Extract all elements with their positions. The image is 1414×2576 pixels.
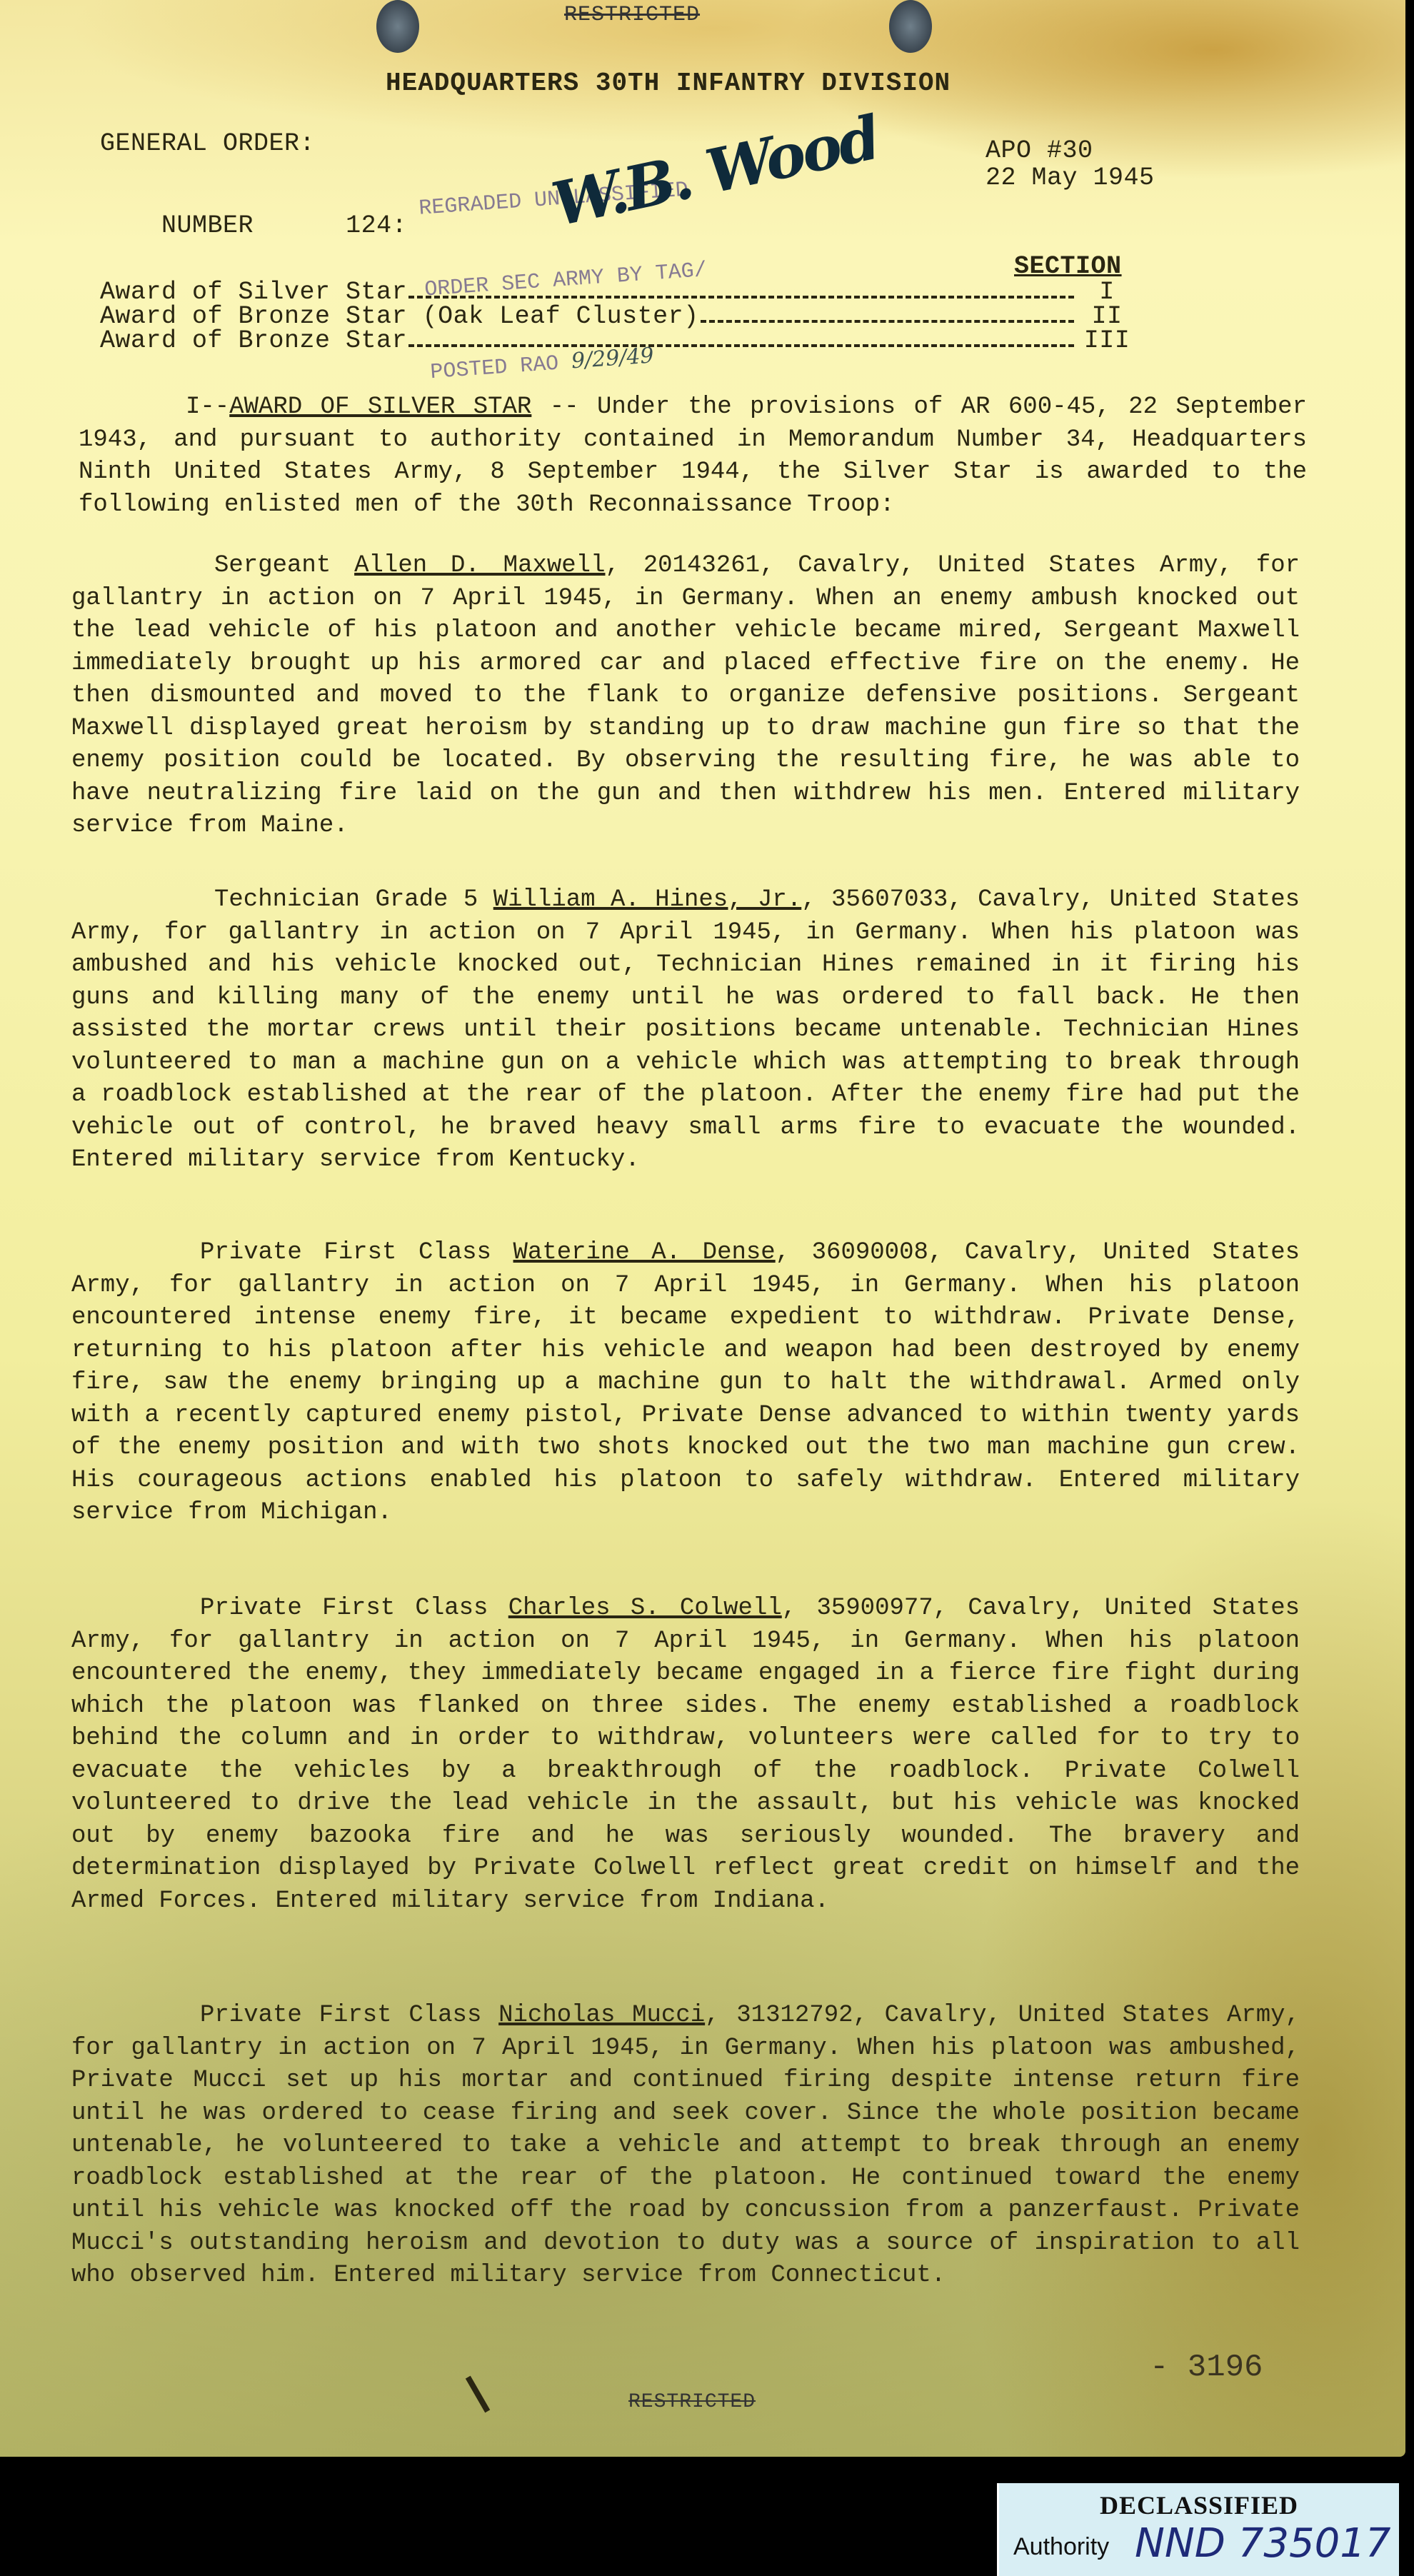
declassified-label: DECLASSIFIED Authority NND 735017 bbox=[997, 2483, 1399, 2576]
authority-code: NND 735017 bbox=[1135, 2520, 1390, 2567]
classification-top: RESTRICTED bbox=[564, 3, 700, 27]
awardee-name: Charles S. Colwell bbox=[508, 1595, 782, 1622]
order-number: NUMBER 124: bbox=[100, 181, 407, 271]
punch-hole-right bbox=[889, 0, 932, 53]
toc-row: Award of Bronze StarIII bbox=[100, 326, 1135, 356]
signature: W.B. Wood bbox=[546, 102, 884, 240]
citation: Sergeant Allen D. Maxwell, 20143261, Cav… bbox=[71, 550, 1300, 843]
authority-label: Authority bbox=[1013, 2533, 1109, 2561]
citation: Private First Class Nicholas Mucci, 3131… bbox=[71, 2000, 1300, 2292]
section-intro: I--AWARD OF SILVER STAR -- Under the pro… bbox=[79, 391, 1307, 521]
number-label: NUMBER bbox=[161, 211, 254, 240]
citation: Technician Grade 5 William A. Hines, Jr.… bbox=[71, 884, 1300, 1177]
citation: Private First Class Charles S. Colwell, … bbox=[71, 1593, 1300, 1918]
citation: Private First Class Waterine A. Dense, 3… bbox=[71, 1237, 1300, 1530]
document-page: RESTRICTED HEADQUARTERS 30TH INFANTRY DI… bbox=[0, 0, 1405, 2457]
general-order-label: GENERAL ORDER: bbox=[100, 129, 315, 159]
page-number: - 3196 bbox=[1150, 2350, 1263, 2385]
awardee-name: Allen D. Maxwell bbox=[354, 552, 605, 579]
order-date: 22 May 1945 bbox=[986, 163, 1155, 193]
declassified-title: DECLASSIFIED bbox=[999, 2490, 1399, 2520]
awardee-name: Waterine A. Dense bbox=[513, 1239, 776, 1266]
punch-hole-left bbox=[376, 0, 419, 53]
number-value: 124: bbox=[346, 211, 407, 240]
section-heading: AWARD OF SILVER STAR bbox=[229, 394, 531, 421]
classification-bottom: RESTRICTED bbox=[628, 2391, 756, 2413]
headquarters-heading: HEADQUARTERS 30TH INFANTRY DIVISION bbox=[386, 69, 951, 99]
awardee-name: Nicholas Mucci bbox=[498, 2002, 705, 2029]
awardee-name: William A. Hines, Jr. bbox=[493, 886, 802, 913]
pen-mark bbox=[466, 2376, 490, 2413]
apo-number: APO #30 bbox=[986, 136, 1093, 166]
